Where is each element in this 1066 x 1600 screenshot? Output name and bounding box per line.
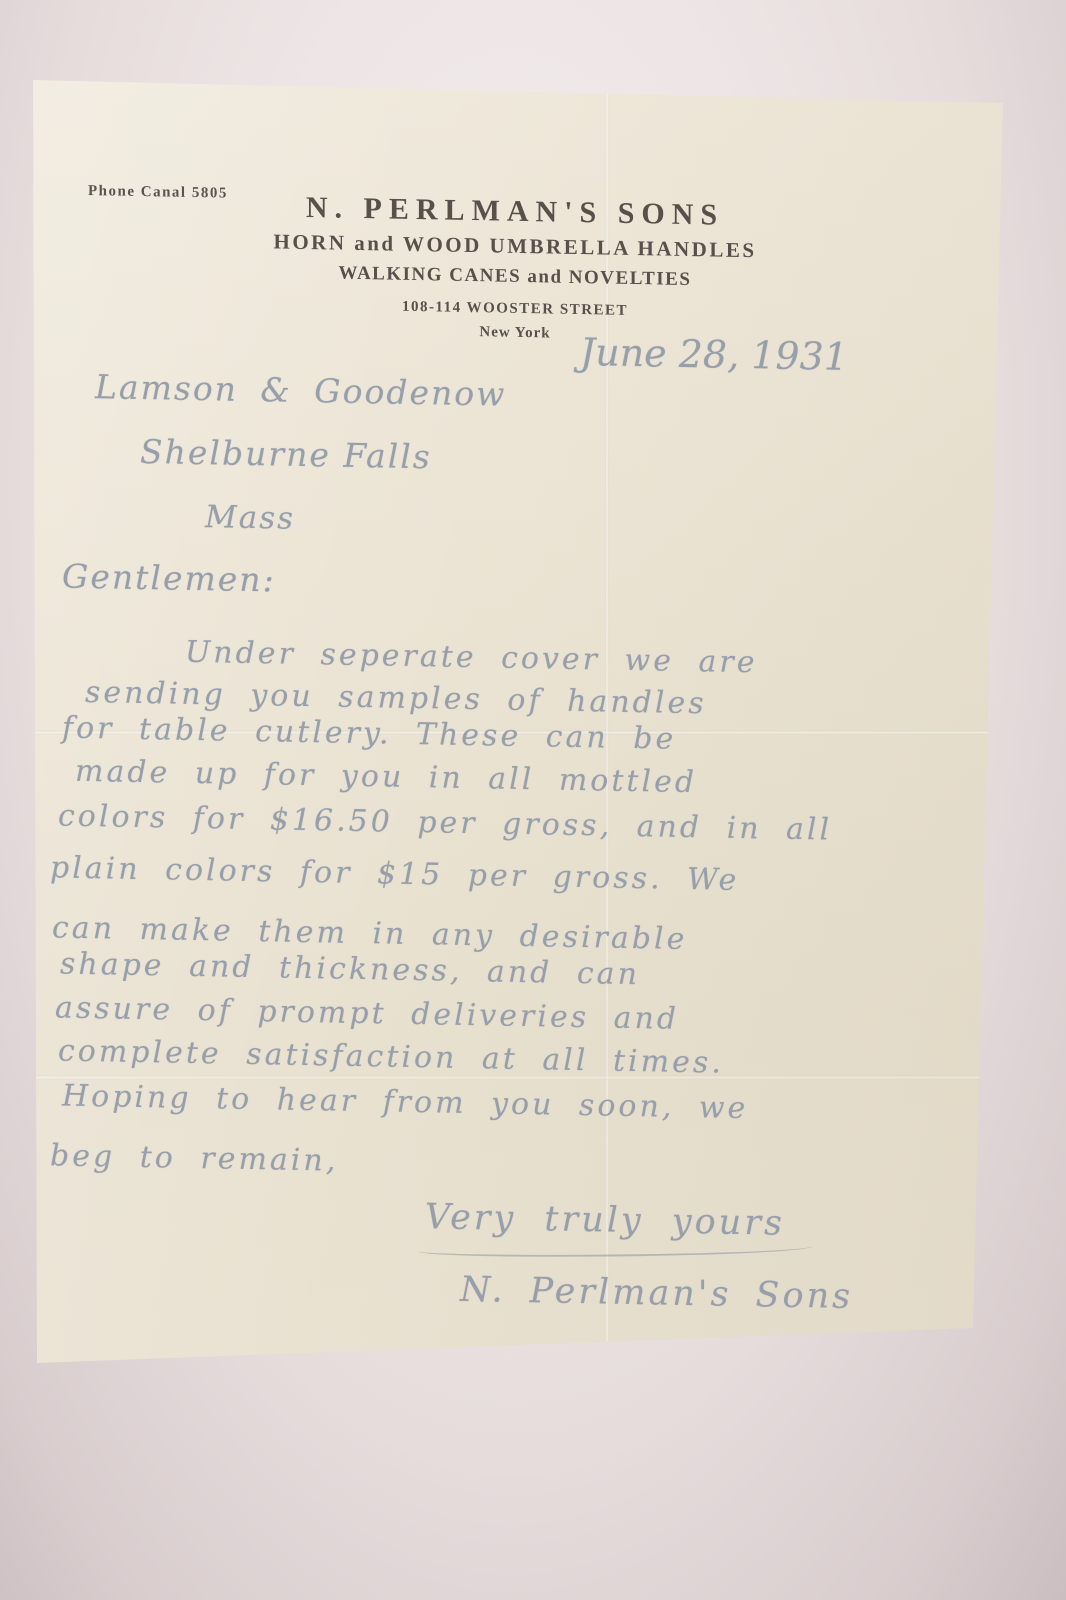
closing-underline-flourish [418,1240,813,1257]
signature: N. Perlman's Sons [460,1270,853,1317]
handwritten-date: June 28, 1931 [580,330,848,379]
body-line: plain colors for $15 per gross. We [50,850,739,898]
body-line: Under seperate cover we are [185,635,758,680]
recipient-city: Shelburne Falls [140,432,432,476]
photo-background: Phone Canal 5805 N. PERLMAN'S SONS HORN … [0,0,1066,1600]
salutation: Gentlemen: [62,557,276,600]
recipient-state: Mass [205,499,295,537]
closing-line: Very truly yours [425,1197,785,1244]
body-line: complete satisfaction at all times. [58,1033,724,1080]
body-line: Hoping to hear from you soon, we [62,1079,748,1127]
body-line: colors for $16.50 per gross, and in all [58,798,832,847]
body-line: beg to remain, [50,1138,338,1178]
letter-paper: Phone Canal 5805 N. PERLMAN'S SONS HORN … [20,70,1015,1375]
body-line: assure of prompt deliveries and [55,990,679,1036]
recipient-name: Lamson & Goodenow [95,367,506,414]
body-line: made up for you in all mottled [75,754,697,800]
letter-content: Phone Canal 5805 N. PERLMAN'S SONS HORN … [20,70,1015,1393]
